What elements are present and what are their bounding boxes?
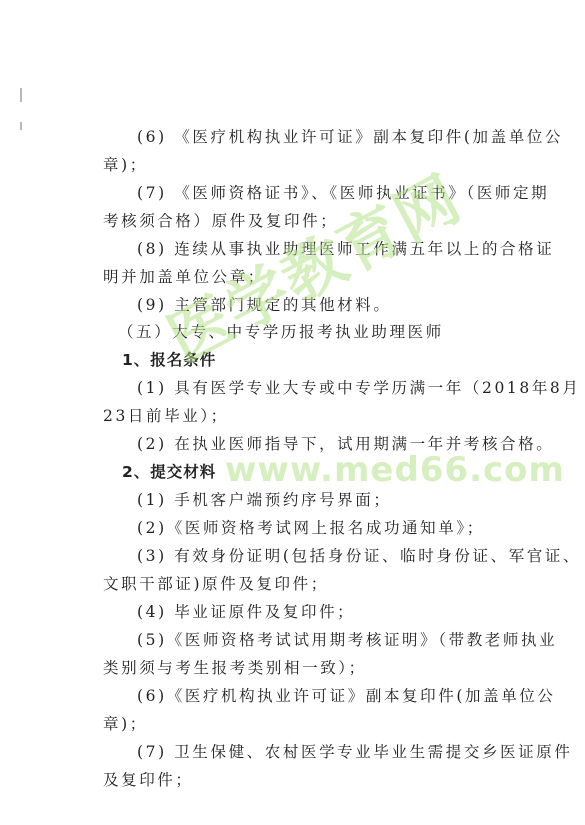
paragraph-line: (9) 主管部门规定的其他材料。: [137, 295, 391, 315]
paragraph-line: (4) 毕业证原件及复印件；: [137, 602, 355, 622]
paragraph-line: 类别须与考生报考类别相一致）；: [103, 658, 367, 678]
paragraph-line: (1) 手机客户端预约序号界面；: [137, 490, 391, 510]
section-heading: 2、提交材料: [122, 462, 216, 482]
watermark-url: www.med66.com: [225, 450, 565, 490]
paragraph-line: 章)；: [103, 714, 148, 734]
paragraph-line: 考核须合格）原件及复印件；: [103, 211, 338, 231]
paragraph-line: (2) 在执业医师指导下，试用期满一年并考核合格。: [137, 434, 554, 454]
section-heading: 1、报名条件: [122, 350, 216, 370]
paragraph-line: (7) 卫生保健、农村医学专业毕业生需提交乡医证原件: [137, 742, 572, 762]
paragraph-line: 23日前毕业）；: [103, 406, 229, 426]
paragraph-line: (1) 具有医学专业大专或中专学历满一年（2018年8月: [137, 378, 581, 398]
paragraph-line: (6) 《医疗机构执业许可证》副本复印件(加盖单位公: [137, 127, 563, 147]
paragraph-line: 章)；: [103, 155, 148, 175]
page-number: 5: [288, 751, 294, 761]
document-page: (6) 《医疗机构执业许可证》副本复印件(加盖单位公章)；(7) 《医师资格证书…: [0, 0, 585, 825]
paragraph-line: (8) 连续从事执业助理医师工作满五年以上的合格证: [137, 239, 554, 259]
paragraph-line: (3) 有效身份证明(包括身份证、临时身份证、军官证、: [137, 546, 581, 566]
paragraph-line: (5)《医师资格考试试用期考核证明》（带教老师执业: [137, 630, 557, 650]
paragraph-line: (2)《医师资格考试网上报名成功通知单》；: [137, 518, 485, 538]
paragraph-line: (6)《医疗机构执业许可证》副本复印件(加盖单位公: [137, 686, 556, 706]
paragraph-line: (7) 《医师资格证书》、《医师执业证书》（医师定期: [137, 183, 549, 203]
scan-margin-mark: [20, 88, 22, 102]
paragraph-line: 文职干部证)原件及复印件；: [103, 574, 329, 594]
subsection-heading: （五）大专、中专学历报考执业助理医师: [118, 322, 444, 342]
scan-margin-mark: [20, 122, 22, 130]
paragraph-line: 明并加盖单位公章；: [103, 267, 266, 287]
paragraph-line: 及复印件；: [103, 770, 194, 790]
